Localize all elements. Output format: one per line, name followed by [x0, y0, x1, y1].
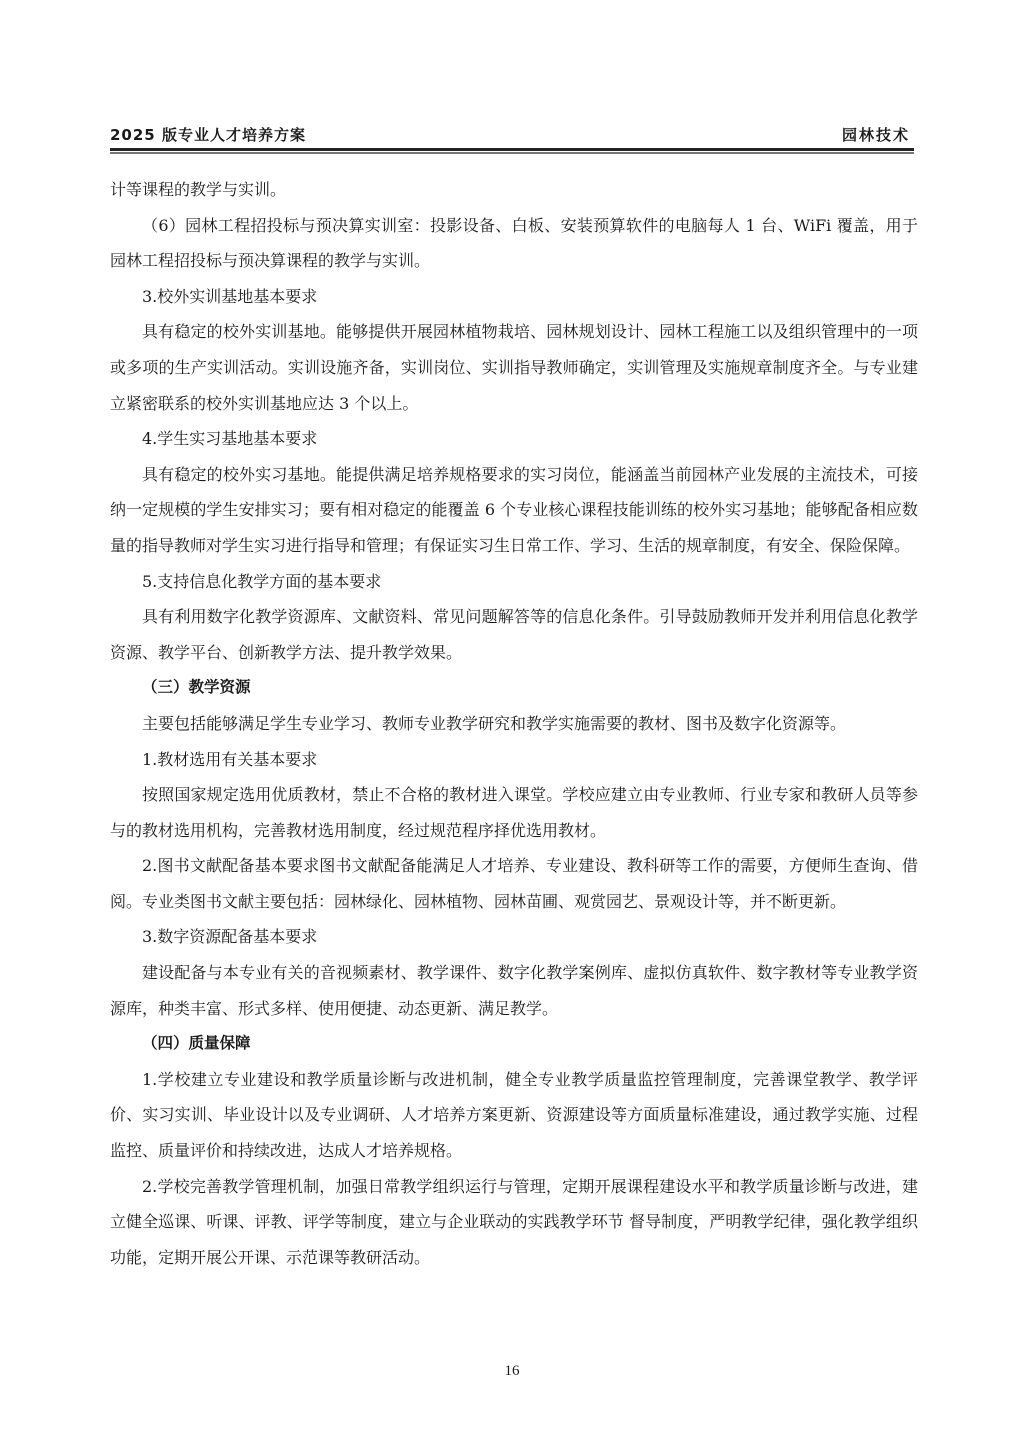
page-header: 2025 版专业人才培养方案 园林技术 [110, 124, 914, 148]
page-number: 16 [0, 1363, 1024, 1380]
subheading-internship-base: 4.学生实习基地基本要求 [110, 421, 918, 457]
document-page: 2025 版专业人才培养方案 园林技术 计等课程的教学与实训。 （6）园林工程招… [0, 0, 1024, 1448]
subheading-digital-resources: 3.数字资源配备基本要求 [110, 919, 918, 955]
header-title: 2025 版专业人才培养方案 [110, 124, 306, 145]
section-heading-quality-assurance: （四）质量保障 [110, 1026, 918, 1062]
paragraph-continuation: 计等课程的教学与实训。 [110, 172, 918, 208]
paragraph-teaching-resources: 主要包括能够满足学生专业学习、教师专业教学研究和教学实施需要的教材、图书及数字化… [110, 706, 918, 742]
paragraph-internship-base: 具有稳定的校外实习基地。能提供满足培养规格要求的实习岗位，能涵盖当前园林产业发展… [110, 457, 918, 564]
section-heading-teaching-resources: （三）教学资源 [110, 670, 918, 706]
paragraph-textbooks: 按照国家规定选用优质教材，禁止不合格的教材进入课堂。学校应建立由专业教师、行业专… [110, 777, 918, 848]
subheading-textbooks: 1.教材选用有关基本要求 [110, 742, 918, 778]
paragraph-quality-2: 2.学校完善教学管理机制，加强日常教学组织运行与管理，定期开展课程建设水平和教学… [110, 1169, 918, 1276]
paragraph-offcampus-training: 具有稳定的校外实训基地。能够提供开展园林植物栽培、园林规划设计、园林工程施工以及… [110, 314, 918, 421]
paragraph-library: 2.图书文献配备基本要求图书文献配备能满足人才培养、专业建设、教科研等工作的需要… [110, 848, 918, 919]
header-program-name: 园林技术 [842, 124, 910, 145]
paragraph-quality-1: 1.学校建立专业建设和教学质量诊断与改进机制，健全专业教学质量监控管理制度，完善… [110, 1062, 918, 1169]
header-divider [110, 148, 914, 154]
subheading-it-support: 5.支持信息化教学方面的基本要求 [110, 564, 918, 600]
subheading-offcampus-training: 3.校外实训基地基本要求 [110, 279, 918, 315]
header-divider-thin [110, 152, 914, 154]
paragraph-digital-resources: 建设配备与本专业有关的音视频素材、教学课件、数字化教学案例库、虚拟仿真软件、数字… [110, 955, 918, 1026]
paragraph-it-support: 具有利用数字化教学资源库、文献资料、常见问题解答等的信息化条件。引导鼓励教师开发… [110, 599, 918, 670]
page-body: 计等课程的教学与实训。 （6）园林工程招投标与预决算实训室：投影设备、白板、安装… [110, 172, 918, 1275]
paragraph-lab-6: （6）园林工程招投标与预决算实训室：投影设备、白板、安装预算软件的电脑每人 1 … [110, 208, 918, 279]
